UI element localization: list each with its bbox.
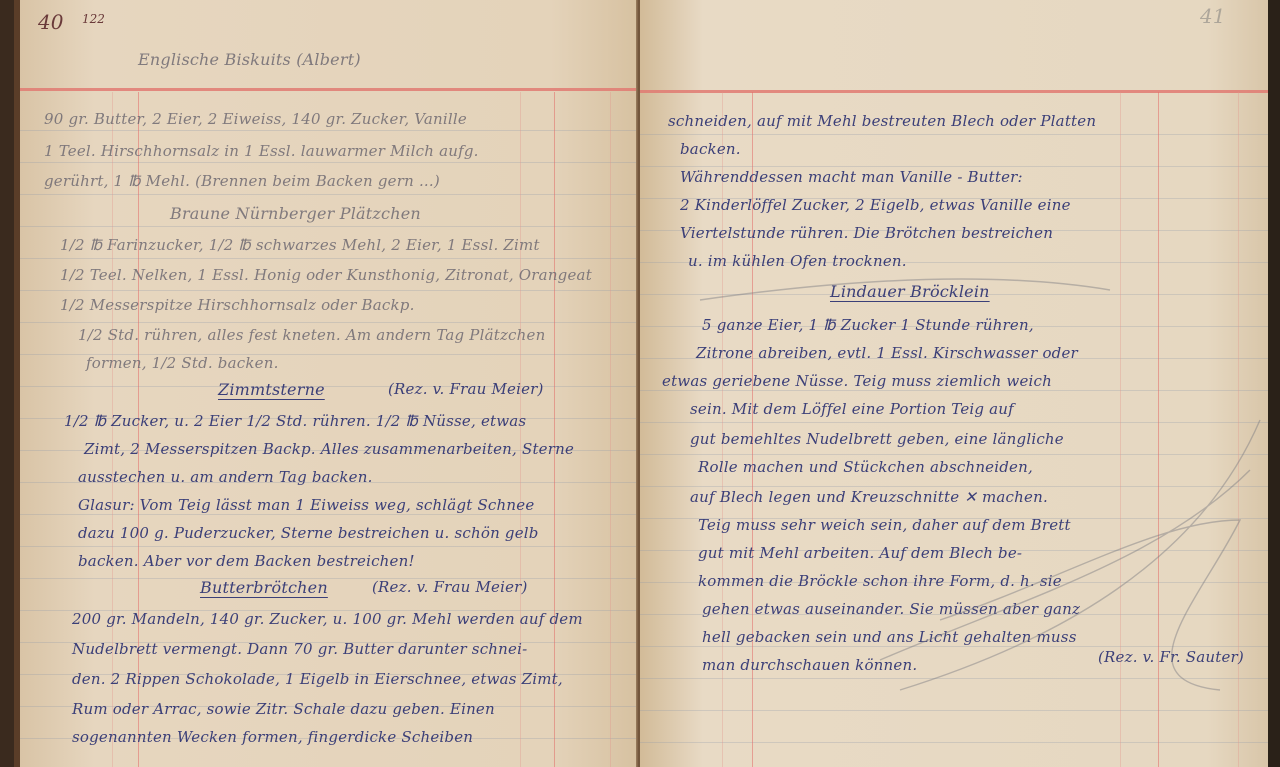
recipe-line: gerührt, 1 ℔ Mehl. (Brennen beim Backen … — [44, 172, 440, 190]
recipe-source: (Rez. v. Frau Meier) — [388, 380, 544, 398]
recipe-title: Lindauer Bröcklein — [830, 282, 990, 301]
recipe-line: 1/2 Teel. Nelken, 1 Essl. Honig oder Kun… — [60, 266, 592, 284]
recipe-line: Teig muss sehr weich sein, daher auf dem… — [698, 516, 1071, 534]
recipe-line: formen, 1/2 Std. backen. — [86, 354, 279, 372]
recipe-line: 1/2 ℔ Zucker, u. 2 Eier 1/2 Std. rühren.… — [64, 412, 526, 430]
right-page: 41 schneiden, auf mit Mehl bestreuten Bl… — [640, 0, 1270, 767]
notebook-spread: 40 122 Englische Biskuits (Albert) 90 gr… — [0, 0, 1280, 767]
header-red-rule — [640, 90, 1270, 93]
recipe-line: den. 2 Rippen Schokolade, 1 Eigelb in Ei… — [72, 670, 563, 688]
recipe-title: Englische Biskuits (Albert) — [138, 50, 361, 69]
recipe-line: gehen etwas auseinander. Sie müssen aber… — [702, 600, 1080, 618]
recipe-line: u. im kühlen Ofen trocknen. — [688, 252, 907, 270]
recipe-line: sein. Mit dem Löffel eine Portion Teig a… — [690, 400, 1014, 418]
recipe-line: Zimt, 2 Messerspitzen Backp. Alles zusam… — [84, 440, 574, 458]
recipe-line: 5 ganze Eier, 1 ℔ Zucker 1 Stunde rühren… — [702, 316, 1034, 334]
recipe-line: 1/2 Std. rühren, alles fest kneten. Am a… — [78, 326, 545, 344]
recipe-line: Währenddessen macht man Vanille - Butter… — [680, 168, 1023, 186]
recipe-line: Zitrone abreiben, evtl. 1 Essl. Kirschwa… — [696, 344, 1078, 362]
recipe-line: Nudelbrett vermengt. Dann 70 gr. Butter … — [72, 640, 527, 658]
recipe-source: (Rez. v. Frau Meier) — [372, 578, 528, 596]
recipe-line: 200 gr. Mandeln, 140 gr. Zucker, u. 100 … — [72, 610, 583, 628]
recipe-line: auf Blech legen und Kreuzschnitte ✕ mach… — [690, 488, 1048, 506]
recipe-line: dazu 100 g. Puderzucker, Sterne bestreic… — [78, 524, 539, 542]
recipe-line: 2 Kinderlöffel Zucker, 2 Eigelb, etwas V… — [680, 196, 1071, 214]
recipe-line: ausstechen u. am andern Tag backen. — [78, 468, 373, 486]
recipe-line: man durchschauen können. — [702, 656, 917, 674]
recipe-line: 1/2 ℔ Farinzucker, 1/2 ℔ schwarzes Mehl,… — [60, 236, 540, 254]
header-red-rule — [20, 88, 644, 91]
recipe-line: backen. Aber vor dem Backen bestreichen! — [78, 552, 415, 570]
recipe-line: 1 Teel. Hirschhornsalz in 1 Essl. lauwar… — [44, 142, 479, 160]
recipe-line: sogenannten Wecken formen, fingerdicke S… — [72, 728, 473, 746]
recipe-line: Viertelstunde rühren. Die Brötchen bestr… — [680, 224, 1053, 242]
page-number: 41 — [1200, 4, 1225, 28]
page-number-note: 122 — [82, 12, 105, 26]
left-page: 40 122 Englische Biskuits (Albert) 90 gr… — [14, 0, 644, 767]
recipe-title: Braune Nürnberger Plätzchen — [170, 204, 421, 223]
recipe-source: (Rez. v. Fr. Sauter) — [1098, 648, 1244, 666]
recipe-title: Zimmtsterne — [218, 380, 325, 399]
recipe-line: gut bemehltes Nudelbrett geben, eine län… — [690, 430, 1064, 448]
recipe-line: Rum oder Arrac, sowie Zitr. Schale dazu … — [72, 700, 495, 718]
recipe-line: Rolle machen und Stückchen abschneiden, — [698, 458, 1033, 476]
recipe-line: schneiden, auf mit Mehl bestreuten Blech… — [668, 112, 1096, 130]
recipe-line: kommen die Bröckle schon ihre Form, d. h… — [698, 572, 1062, 590]
recipe-title: Butterbrötchen — [200, 578, 328, 597]
recipe-line: backen. — [680, 140, 741, 158]
recipe-line: gut mit Mehl arbeiten. Auf dem Blech be- — [698, 544, 1022, 562]
recipe-line: hell gebacken sein und ans Licht gehalte… — [702, 628, 1077, 646]
recipe-line: etwas geriebene Nüsse. Teig muss ziemlic… — [662, 372, 1052, 390]
book-edge — [1268, 0, 1280, 767]
page-number: 40 — [38, 10, 63, 34]
recipe-line: 90 gr. Butter, 2 Eier, 2 Eiweiss, 140 gr… — [44, 110, 467, 128]
recipe-line: 1/2 Messerspitze Hirschhornsalz oder Bac… — [60, 296, 415, 314]
recipe-line: Glasur: Vom Teig lässt man 1 Eiweiss weg… — [78, 496, 534, 514]
